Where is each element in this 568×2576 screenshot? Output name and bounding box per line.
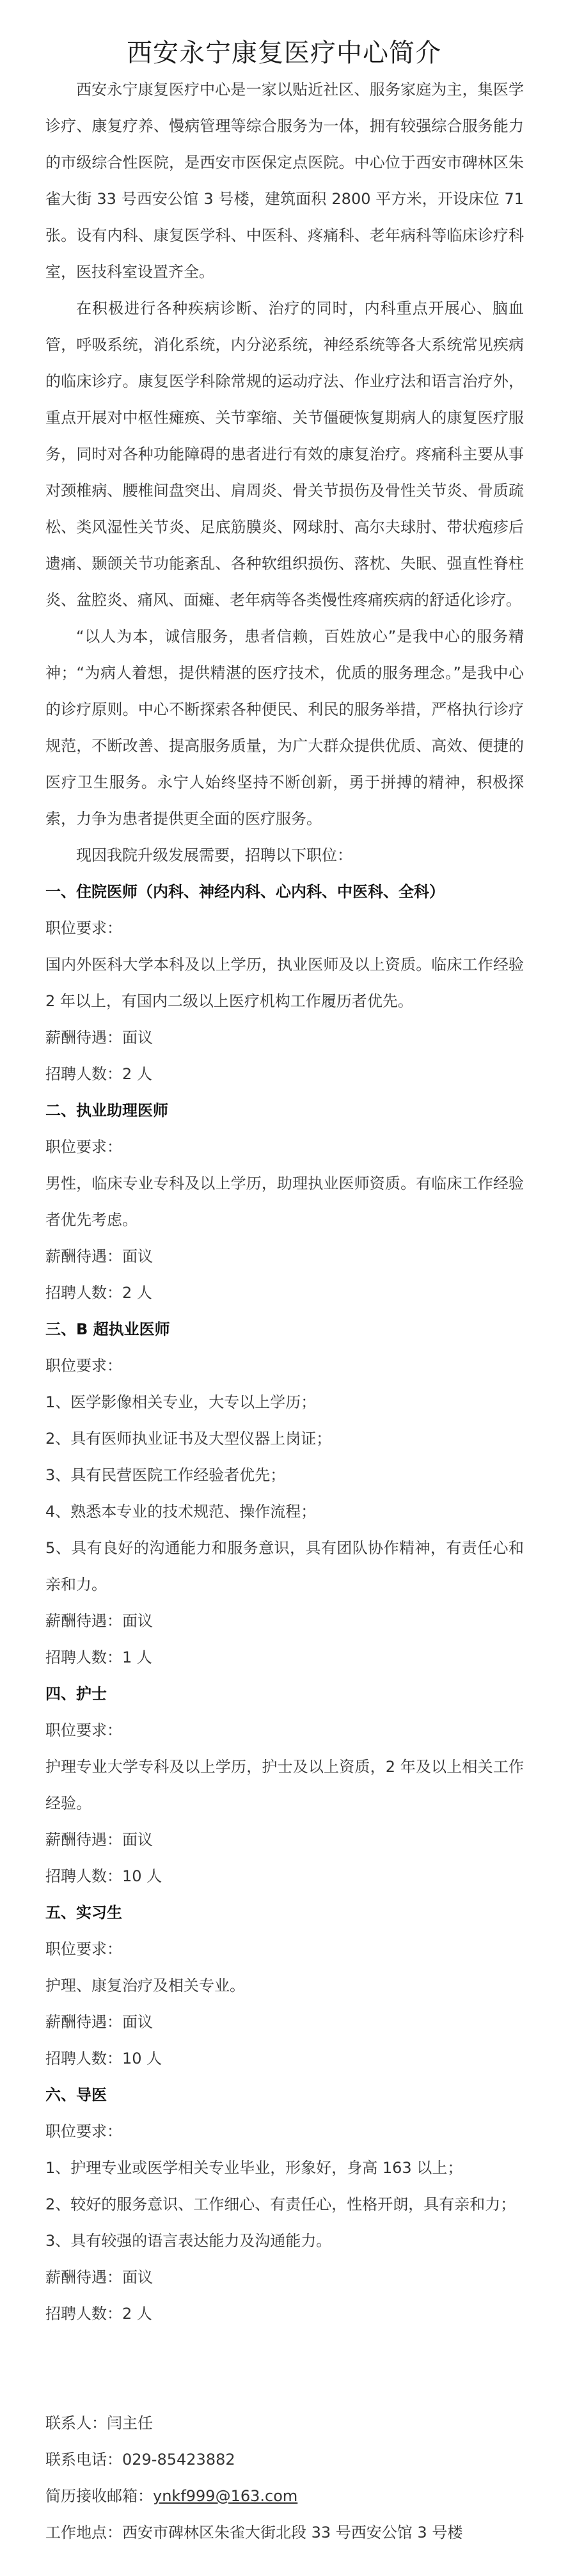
email-link[interactable]: ynkf999@163.com [153, 2487, 297, 2505]
position-intern: 五、实习生 职位要求： 护理、康复治疗及相关专业。 薪酬待遇：面议 招聘人数：1… [45, 1895, 524, 2077]
requirement-item: 1、医学影像相关专业，大专以上学历； [45, 1384, 524, 1421]
position-heading: 一、住院医师（内科、神经内科、心内科、中医科、全科） [45, 874, 524, 910]
requirement-item: 1、护理专业或医学相关专业毕业，形象好，身高 163 以上； [45, 2150, 524, 2186]
requirement-item: 国内外医科大学本科及以上学历，执业医师及以上资质。临床工作经验 2 年以上，有国… [45, 947, 524, 1020]
contact-info: 联系人：闫主任 联系电话：029-85423882 简历接收邮箱：ynkf999… [45, 2405, 524, 2551]
requirement-item: 护理专业大学专科及以上学历，护士及以上资质，2 年及以上相关工作经验。 [45, 1749, 524, 1822]
document-body: 西安永宁康复医疗中心是一家以贴近社区、服务家庭为主，集医学诊疗、康复疗养、慢病管… [45, 72, 524, 2551]
contact-phone-value: 029-85423882 [122, 2451, 235, 2469]
intro-paragraph: 西安永宁康复医疗中心是一家以贴近社区、服务家庭为主，集医学诊疗、康复疗养、慢病管… [45, 72, 524, 290]
document-page: 西安永宁康复医疗中心简介 西安永宁康复医疗中心是一家以贴近社区、服务家庭为主，集… [0, 0, 568, 2551]
salary-info: 薪酬待遇：面议 [45, 1603, 524, 1640]
headcount-info: 招聘人数：2 人 [45, 2296, 524, 2332]
recruitment-intro: 现因我院升级发展需要，招聘以下职位： [45, 837, 524, 874]
requirements-label: 职位要求： [45, 910, 524, 947]
requirements-label: 职位要求： [45, 1931, 524, 1968]
page-title: 西安永宁康复医疗中心简介 [0, 35, 568, 72]
salary-info: 薪酬待遇：面议 [45, 2004, 524, 2041]
requirement-item: 护理、康复治疗及相关专业。 [45, 1968, 524, 2004]
requirement-item: 2、较好的服务意识、工作细心、有责任心，性格开朗，具有亲和力； [45, 2186, 524, 2223]
contact-phone-label: 联系电话： [45, 2451, 122, 2469]
position-heading: 五、实习生 [45, 1895, 524, 1931]
position-heading: 二、执业助理医师 [45, 1093, 524, 1129]
headcount-info: 招聘人数：2 人 [45, 1056, 524, 1093]
section-spacer [45, 2332, 524, 2405]
position-nurse: 四、护士 职位要求： 护理专业大学专科及以上学历，护士及以上资质，2 年及以上相… [45, 1676, 524, 1895]
contact-person-value: 闫主任 [107, 2414, 153, 2432]
requirements-label: 职位要求： [45, 1712, 524, 1749]
position-ultrasound-physician: 三、B 超执业医师 职位要求： 1、医学影像相关专业，大专以上学历； 2、具有医… [45, 1311, 524, 1676]
contact-phone: 联系电话：029-85423882 [45, 2442, 524, 2478]
position-assistant-physician: 二、执业助理医师 职位要求： 男性，临床专业专科及以上学历，助理执业医师资质。有… [45, 1093, 524, 1311]
work-address-value: 西安市碑林区朱雀大街北段 33 号西安公馆 3 号楼 [122, 2524, 462, 2541]
work-address-label: 工作地点： [45, 2524, 122, 2541]
position-resident-physician: 一、住院医师（内科、神经内科、心内科、中医科、全科） 职位要求： 国内外医科大学… [45, 874, 524, 1093]
intro-paragraph: “以人为本，诚信服务，患者信赖，百姓放心”是我中心的服务精神；“为病人着想，提供… [45, 619, 524, 837]
headcount-info: 招聘人数：10 人 [45, 1858, 524, 1895]
requirement-item: 3、具有较强的语言表达能力及沟通能力。 [45, 2223, 524, 2259]
salary-info: 薪酬待遇：面议 [45, 2259, 524, 2296]
headcount-info: 招聘人数：2 人 [45, 1275, 524, 1311]
requirement-item: 5、具有良好的沟通能力和服务意识，具有团队协作精神，有责任心和亲和力。 [45, 1530, 524, 1603]
requirement-item: 男性，临床专业专科及以上学历，助理执业医师资质。有临床工作经验者优先考虑。 [45, 1166, 524, 1238]
position-heading: 六、导医 [45, 2077, 524, 2114]
contact-email: 简历接收邮箱：ynkf999@163.com [45, 2478, 524, 2515]
headcount-info: 招聘人数：10 人 [45, 2041, 524, 2077]
position-heading: 四、护士 [45, 1676, 524, 1712]
intro-paragraph: 在积极进行各种疾病诊断、治疗的同时，内科重点开展心、脑血管，呼吸系统，消化系统，… [45, 290, 524, 619]
salary-info: 薪酬待遇：面议 [45, 1020, 524, 1056]
position-guide: 六、导医 职位要求： 1、护理专业或医学相关专业毕业，形象好，身高 163 以上… [45, 2077, 524, 2332]
requirement-item: 2、具有医师执业证书及大型仪器上岗证； [45, 1421, 524, 1457]
requirement-item: 4、熟悉本专业的技术规范、操作流程； [45, 1494, 524, 1530]
headcount-info: 招聘人数：1 人 [45, 1640, 524, 1676]
contact-person-label: 联系人： [45, 2414, 107, 2432]
salary-info: 薪酬待遇：面议 [45, 1822, 524, 1858]
requirements-label: 职位要求： [45, 1129, 524, 1166]
position-heading: 三、B 超执业医师 [45, 1311, 524, 1348]
salary-info: 薪酬待遇：面议 [45, 1238, 524, 1275]
requirement-item: 3、具有民营医院工作经验者优先； [45, 1457, 524, 1494]
contact-person: 联系人：闫主任 [45, 2405, 524, 2442]
work-address: 工作地点：西安市碑林区朱雀大街北段 33 号西安公馆 3 号楼 [45, 2515, 524, 2551]
requirements-label: 职位要求： [45, 2114, 524, 2150]
requirements-label: 职位要求： [45, 1348, 524, 1384]
contact-email-label: 简历接收邮箱： [45, 2487, 153, 2505]
